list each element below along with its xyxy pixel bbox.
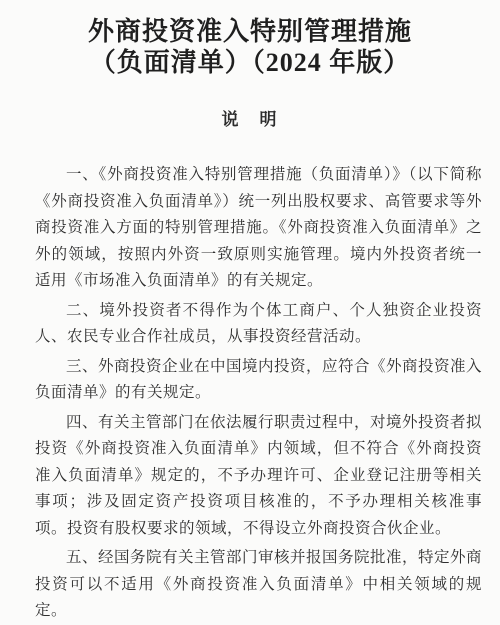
section-heading-explanation: 说 明 bbox=[0, 105, 500, 130]
document-title: 外商投资准入特别管理措施 （负面清单）（2024 年版） bbox=[0, 0, 500, 78]
paragraph-5: 五、经国务院有关主管部门审核并报国务院批准，特定外商投资可以不适用《外商投资准入… bbox=[35, 545, 482, 625]
paragraph-1: 一、《外商投资准入特别管理措施（负面清单）》（以下简称《外商投资准入负面清单》）… bbox=[35, 162, 482, 295]
document-title-line-2: （负面清单）（2024 年版） bbox=[0, 47, 500, 78]
paragraph-2: 二、境外投资者不得作为个体工商户、个人独资企业投资人、农民专业合作社成员，从事投… bbox=[35, 298, 482, 351]
document-page: 外商投资准入特别管理措施 （负面清单）（2024 年版） 说 明 一、《外商投资… bbox=[0, 0, 500, 625]
paragraph-3: 三、外商投资企业在中国境内投资，应符合《外商投资准入负面清单》的有关规定。 bbox=[35, 354, 482, 407]
document-title-line-1: 外商投资准入特别管理措施 bbox=[0, 16, 500, 47]
paragraph-4: 四、有关主管部门在依法履行职责过程中，对境外投资者拟投资《外商投资准入负面清单》… bbox=[35, 410, 482, 543]
document-body: 一、《外商投资准入特别管理措施（负面清单）》（以下简称《外商投资准入负面清单》）… bbox=[0, 162, 500, 625]
